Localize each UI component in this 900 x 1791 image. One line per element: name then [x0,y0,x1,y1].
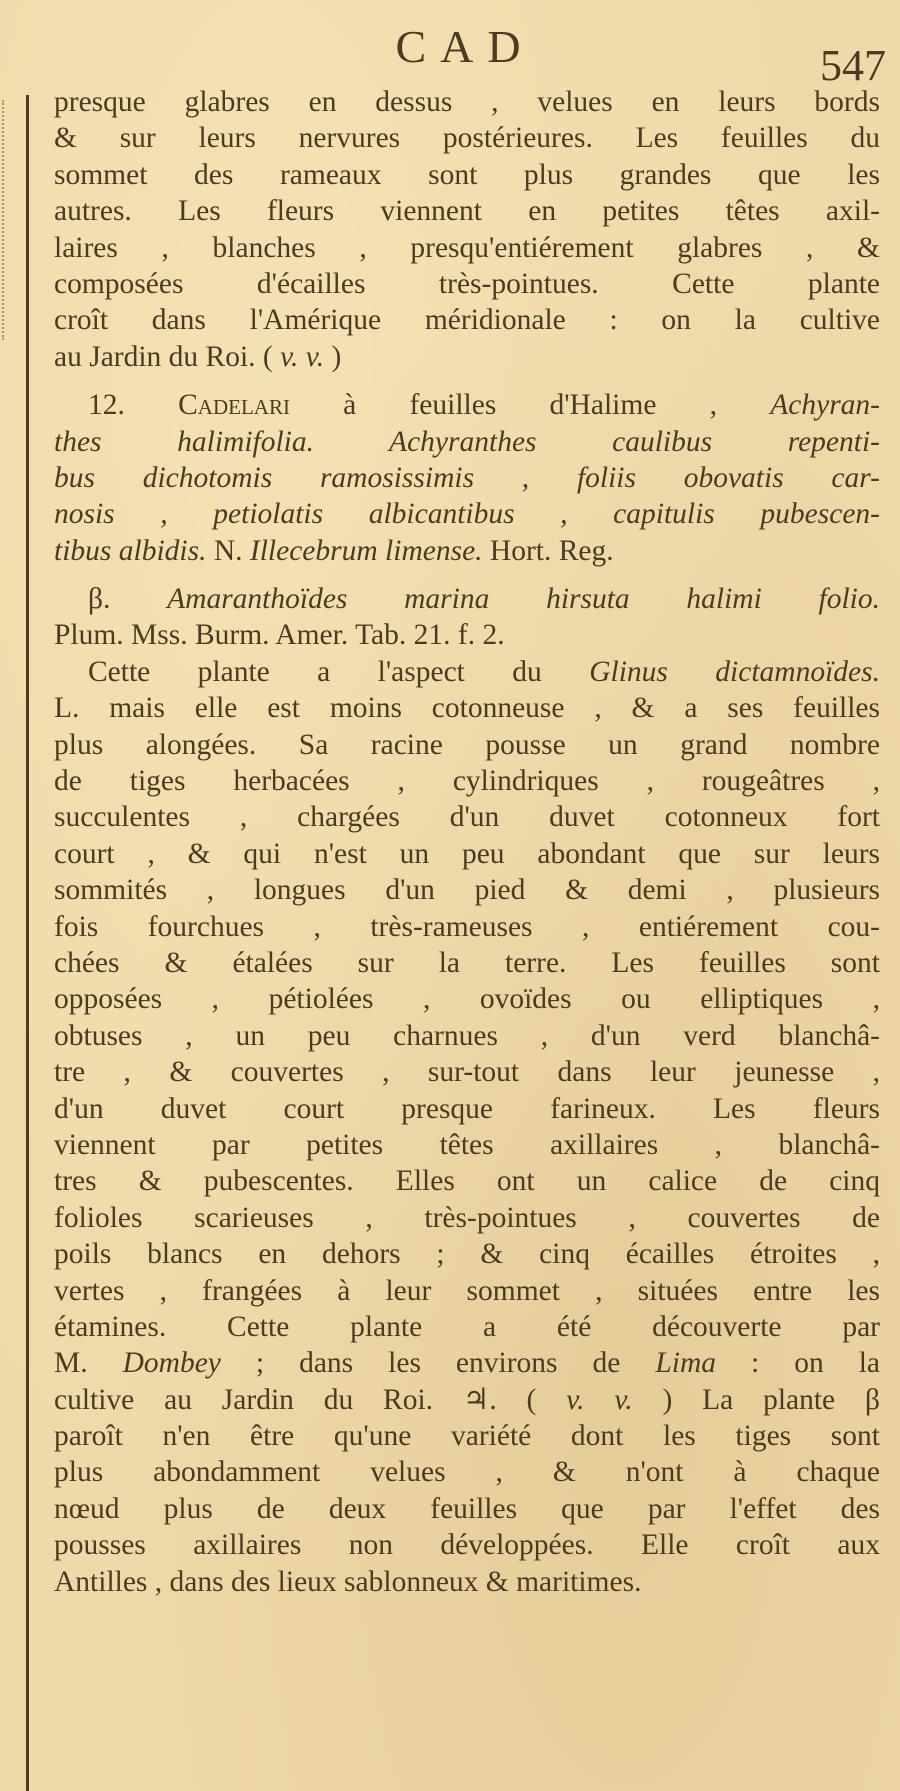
text-line: M. Dombey ; dans les environs de Lima : … [54,1345,880,1381]
text-line: plus abondamment velues , & n'ont à chaq… [54,1454,880,1490]
text-line: sommet des rameaux sont plus grandes que… [54,157,880,193]
paragraph-variety-beta: β. Amaranthoïdes marina hirsuta halimi f… [54,581,880,654]
text-line: tres & pubescentes. Elles ont un calice … [54,1163,880,1199]
text-line: nœud plus de deux feuilles que par l'eff… [54,1491,880,1527]
text-line: fois fourchues , très-rameuses , entiére… [54,909,880,945]
text-run: plus alongées. Sa racine pousse un grand… [54,729,880,761]
text-run: court , & qui n'est un peu abondant que … [54,838,880,870]
paragraph-gap [54,375,880,387]
text-line: pousses axillaires non développées. Elle… [54,1527,880,1563]
italic-run: nosis , petiolatis albicantibus , capitu… [54,498,880,530]
text-run: L. mais elle est moins cotonneuse , & a … [54,692,880,724]
text-line: chées & étalées sur la terre. Les feuill… [54,945,880,981]
margin-marks [2,100,10,340]
text-run: β. [88,583,167,615]
text-line: Plum. Mss. Burm. Amer. Tab. 21. f. 2. [54,617,880,653]
text-run: au Jardin du Roi. ( [54,341,280,373]
text-run: sommités , longues d'un pied & demi , pl… [54,874,880,906]
text-run: d'un duvet court presque farineux. Les f… [54,1093,880,1125]
text-run: N. [206,535,249,567]
italic-run: Illecebrum limense. [250,535,483,567]
text-run: composées d'écailles très-pointues. Cett… [54,268,880,300]
text-line: bus dichotomis ramosissimis , foliis obo… [54,460,880,496]
text-run: croît dans l'Amérique méridionale : on l… [54,304,880,336]
text-line: Antilles , dans des lieux sablonneux & m… [54,1564,880,1600]
text-run: Hort. Reg. [483,535,614,567]
text-line: tibus albidis. N. Illecebrum limense. Ho… [54,533,880,569]
italic-run: thes halimifolia. Achyranthes caulibus r… [54,426,880,458]
paragraph-entry-12: 12. Cadelari à feuilles d'Halime , Achyr… [54,387,880,569]
text-line: autres. Les fleurs viennent en petites t… [54,193,880,229]
italic-run: Glinus dictamnoïdes. [589,656,880,688]
text-line: paroît n'en être qu'une variété dont les… [54,1418,880,1454]
italic-run: v. v. [566,1384,632,1416]
text-line: obtuses , un peu charnues , d'un verd bl… [54,1018,880,1054]
text-line: composées d'écailles très-pointues. Cett… [54,266,880,302]
text-run: Antilles , dans des lieux sablonneux & m… [54,1566,641,1598]
text-run: laires , blanches , presqu'entiérement g… [54,232,880,264]
text-line: au Jardin du Roi. ( v. v. ) [54,339,880,375]
text-run: plus abondamment velues , & n'ont à chaq… [54,1456,880,1488]
text-line: plus alongées. Sa racine pousse un grand… [54,727,880,763]
text-run: paroît n'en être qu'une variété dont les… [54,1420,880,1452]
text-run: pousses axillaires non développées. Elle… [54,1529,880,1561]
text-run: autres. Les fleurs viennent en petites t… [54,195,880,227]
paragraph-gap [54,569,880,581]
text-run: obtuses , un peu charnues , d'un verd bl… [54,1020,880,1052]
text-run: cultive au Jardin du Roi. ♃. ( [54,1384,566,1416]
text-line: tre , & couvertes , sur-tout dans leur j… [54,1054,880,1090]
text-run: presque glabres en dessus , velues en le… [54,86,880,118]
text-run: opposées , pétiolées , ovoïdes ou ellipt… [54,983,880,1015]
text-run: chées & étalées sur la terre. Les feuill… [54,947,880,979]
text-line: poils blancs en dehors ; & cinq écailles… [54,1236,880,1272]
text-line: 12. Cadelari à feuilles d'Halime , Achyr… [54,387,880,423]
text-run: Plum. Mss. Burm. Amer. Tab. 21. f. 2. [54,619,505,651]
text-run: étamines. Cette plante a été découverte … [54,1311,880,1343]
text-run: Cette plante a l'aspect du [88,656,589,688]
text-run: M. [54,1347,123,1379]
text-line: thes halimifolia. Achyranthes caulibus r… [54,424,880,460]
text-line: nosis , petiolatis albicantibus , capitu… [54,496,880,532]
text-run: nœud plus de deux feuilles que par l'eff… [54,1493,880,1525]
text-line: L. mais elle est moins cotonneuse , & a … [54,690,880,726]
text-run: sommet des rameaux sont plus grandes que… [54,159,880,191]
text-line: sommités , longues d'un pied & demi , pl… [54,872,880,908]
text-run: & sur leurs nervures postérieures. Les f… [54,122,880,154]
text-line: Cette plante a l'aspect du Glinus dictam… [54,654,880,690]
text-run: ) La plante β [633,1384,880,1416]
italic-run: Achyran- [770,389,880,421]
text-line: folioles scarieuses , très-pointues , co… [54,1200,880,1236]
text-run: tre , & couvertes , sur-tout dans leur j… [54,1056,880,1088]
italic-run: Dombey [123,1347,221,1379]
text-line: laires , blanches , presqu'entiérement g… [54,230,880,266]
text-run: succulentes , chargées d'un duvet cotonn… [54,801,880,833]
italic-run: Lima [655,1347,716,1379]
text-line: presque glabres en dessus , velues en le… [54,84,880,120]
text-line: β. Amaranthoïdes marina hirsuta halimi f… [54,581,880,617]
text-run: fois fourchues , très-rameuses , entiére… [54,911,880,943]
text-line: croît dans l'Amérique méridionale : on l… [54,302,880,338]
text-line: vertes , frangées à leur sommet , située… [54,1273,880,1309]
text-run: 12. [88,389,178,421]
italic-run: bus dichotomis ramosissimis , foliis obo… [54,462,880,494]
text-line: & sur leurs nervures postérieures. Les f… [54,120,880,156]
small-caps-run: Cadelari [178,389,290,421]
margin-rule [26,95,29,1791]
text-run: tres & pubescentes. Elles ont un calice … [54,1165,880,1197]
text-run: de tiges herbacées , cylindriques , roug… [54,765,880,797]
paragraph-description: Cette plante a l'aspect du Glinus dictam… [54,654,880,1600]
text-run: ; dans les environs de [221,1347,655,1379]
paragraph-continuation: presque glabres en dessus , velues en le… [54,84,880,375]
text-run: : on la [716,1347,880,1379]
text-line: succulentes , chargées d'un duvet cotonn… [54,799,880,835]
italic-run: tibus albidis. [54,535,206,567]
text-line: d'un duvet court presque farineux. Les f… [54,1091,880,1127]
body-text: presque glabres en dessus , velues en le… [54,84,880,1600]
text-run: viennent par petites têtes axillaires , … [54,1129,880,1161]
text-run: poils blancs en dehors ; & cinq écailles… [54,1238,880,1270]
text-line: court , & qui n'est un peu abondant que … [54,836,880,872]
page-header: CAD 547 [0,14,900,84]
text-line: opposées , pétiolées , ovoïdes ou ellipt… [54,981,880,1017]
running-head: CAD [0,20,900,73]
italic-run: v. v. [280,341,324,373]
text-run: folioles scarieuses , très-pointues , co… [54,1202,880,1234]
text-line: viennent par petites têtes axillaires , … [54,1127,880,1163]
text-line: de tiges herbacées , cylindriques , roug… [54,763,880,799]
text-run: à feuilles d'Halime , [290,389,770,421]
italic-run: Amaranthoïdes marina hirsuta halimi foli… [167,583,880,615]
text-run: vertes , frangées à leur sommet , située… [54,1275,880,1307]
text-run: ) [324,341,341,373]
text-line: cultive au Jardin du Roi. ♃. ( v. v. ) L… [54,1382,880,1418]
text-line: étamines. Cette plante a été découverte … [54,1309,880,1345]
